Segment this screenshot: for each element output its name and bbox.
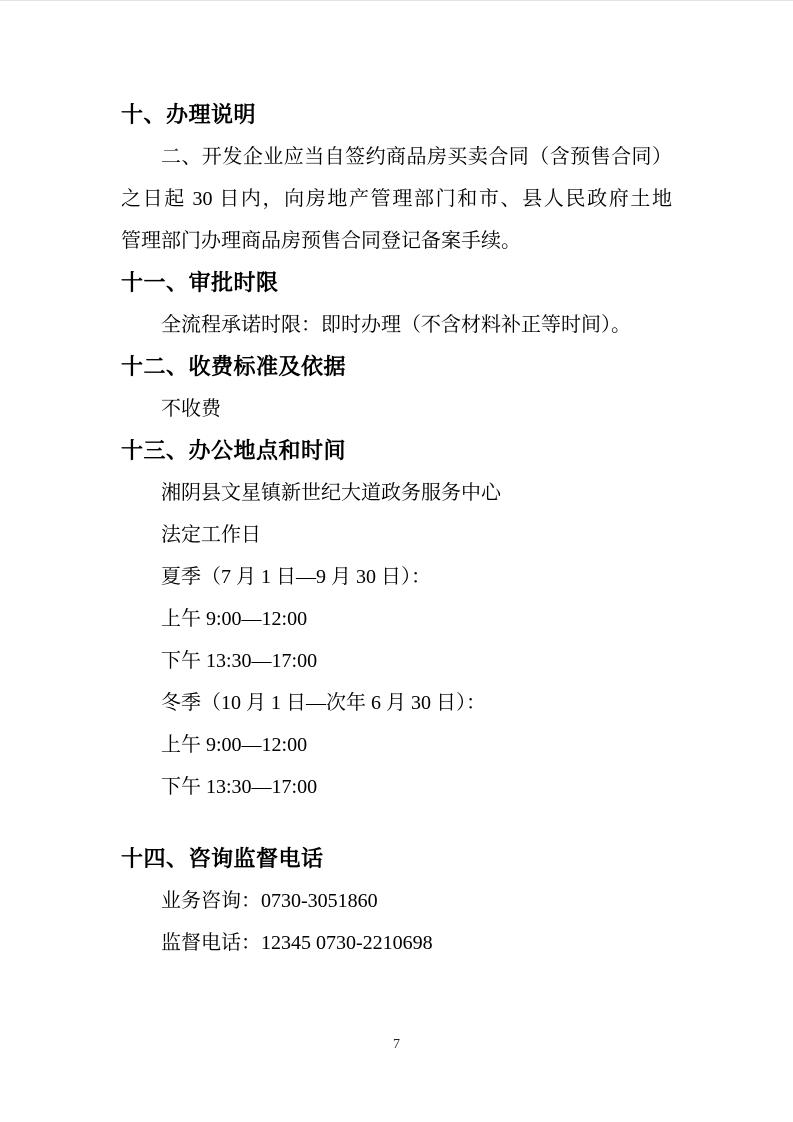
paragraph-line: 不收费	[121, 388, 672, 430]
paragraph-line: 下午 13:30—17:00	[121, 766, 672, 808]
paragraph-line: 上午 9:00—12:00	[121, 598, 672, 640]
paragraph-line: 湘阴县文星镇新世纪大道政务服务中心	[121, 472, 672, 514]
section-fee-standard: 十二、收费标准及依据 不收费	[121, 346, 672, 430]
section-approval-time-limit: 十一、审批时限 全流程承诺时限：即时办理（不含材料补正等时间）。	[121, 262, 672, 346]
paragraph-line: 上午 9:00—12:00	[121, 724, 672, 766]
section-heading: 十、办理说明	[121, 94, 672, 136]
paragraph-line: 监督电话：12345 0730-2210698	[121, 922, 672, 964]
paragraph-line: 全流程承诺时限：即时办理（不含材料补正等时间）。	[121, 304, 672, 346]
document-content: 十、办理说明 二、开发企业应当自签约商品房买卖合同（含预售合同） 之日起 30 …	[121, 94, 672, 964]
paragraph-line: 夏季（7 月 1 日—9 月 30 日）：	[121, 556, 672, 598]
paragraph-line: 二、开发企业应当自签约商品房买卖合同（含预售合同）	[121, 136, 672, 178]
section-office-location-hours: 十三、办公地点和时间 湘阴县文星镇新世纪大道政务服务中心 法定工作日 夏季（7 …	[121, 430, 672, 808]
paragraph-line: 下午 13:30—17:00	[121, 640, 672, 682]
paragraph-line: 管理部门办理商品房预售合同登记备案手续。	[121, 220, 672, 262]
page-number: 7	[0, 1037, 793, 1053]
section-heading: 十三、办公地点和时间	[121, 430, 672, 472]
section-heading: 十二、收费标准及依据	[121, 346, 672, 388]
paragraph-line: 法定工作日	[121, 514, 672, 556]
section-processing-instructions: 十、办理说明 二、开发企业应当自签约商品房买卖合同（含预售合同） 之日起 30 …	[121, 94, 672, 262]
paragraph-line: 冬季（10 月 1 日—次年 6 月 30 日）：	[121, 682, 672, 724]
paragraph-line: 业务咨询：0730-3051860	[121, 880, 672, 922]
paragraph-line: 之日起 30 日内，向房地产管理部门和市、县人民政府土地	[121, 178, 672, 220]
section-heading: 十一、审批时限	[121, 262, 672, 304]
section-heading: 十四、咨询监督电话	[121, 838, 672, 880]
document-page: 十、办理说明 二、开发企业应当自签约商品房买卖合同（含预售合同） 之日起 30 …	[0, 0, 793, 1122]
section-inquiry-supervision-phone: 十四、咨询监督电话 业务咨询：0730-3051860 监督电话：12345 0…	[121, 838, 672, 964]
